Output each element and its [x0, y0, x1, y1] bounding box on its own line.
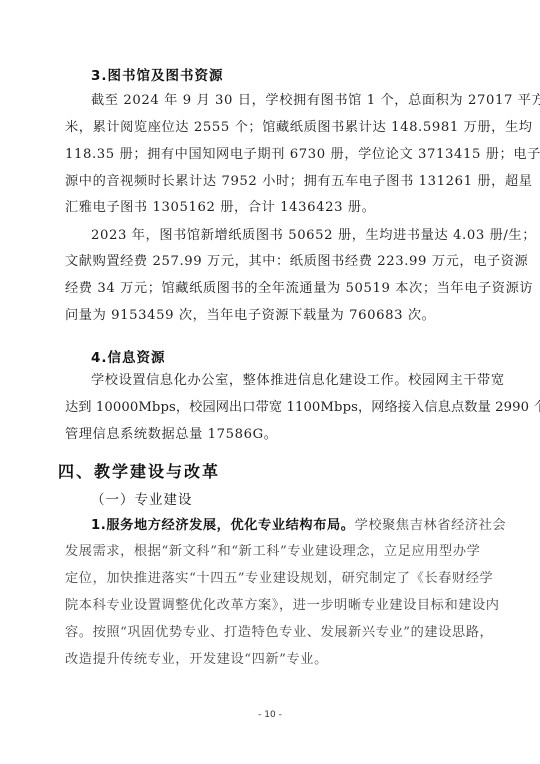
paragraph-line: 发展需求，根据“新文科”和“新工科”专业建设理念，立足应用型办学	[65, 543, 475, 561]
paragraph-line: 2023 年，图书馆新增纸质图书 50652 册，生均进书量达 4.03 册/生…	[91, 227, 475, 245]
paragraph-line: 学校设置信息化办公室，整体推进信息化建设工作。校园网主干带宽	[91, 372, 475, 390]
paragraph-line: 文献购置经费 257.99 万元，其中：纸质图书经费 223.99 万元，电子资…	[65, 253, 475, 271]
paragraph-line: 截至 2024 年 9 月 30 日，学校拥有图书馆 1 个，总面积为 2701…	[91, 92, 475, 110]
paragraph-line-lead: 1.服务地方经济发展，优化专业结构布局。学校聚焦吉林省经济社会	[91, 517, 475, 535]
lead-bold-text: 1.服务地方经济发展，优化专业结构布局。	[91, 518, 355, 533]
paragraph-line: 管理信息系统数据总量 17586G。	[65, 426, 475, 444]
paragraph-line: 米，累计阅览座位达 2555 个；馆藏纸质图书累计达 148.5981 万册，生…	[65, 119, 475, 137]
paragraph-line: 院本科专业设置调整优化改革方案》，进一步明晰专业建设目标和建设内	[65, 597, 475, 615]
section-heading-library: 3.图书馆及图书资源	[91, 64, 224, 84]
paragraph-line: 经费 34 万元；馆藏纸质图书的全年流通量为 50519 本次；当年电子资源访	[65, 280, 475, 298]
lead-text: 学校聚焦吉林省经济社会	[355, 518, 507, 533]
paragraph-line: 118.35 册；拥有中国知网电子期刊 6730 册，学位论文 3713415 …	[65, 146, 475, 164]
paragraph-line: 源中的音视频时长累计达 7952 小时；拥有五车电子图书 131261 册，超星	[65, 173, 475, 191]
chapter-heading: 四、教学建设与改革	[58, 459, 220, 482]
page-number: - 10 -	[0, 710, 540, 720]
paragraph-line: 定位，加快推进落实“十四五”专业建设规划，研究制定了《长春财经学	[65, 570, 475, 588]
paragraph-line: 达到 10000Mbps，校园网出口带宽 1100Mbps，网络接入信息点数量 …	[65, 399, 475, 417]
subsection-heading: （一）专业建设	[91, 488, 193, 508]
paragraph-line: 改造提升传统专业，开发建设“四新”专业。	[65, 651, 475, 669]
paragraph-line: 汇雅电子图书 1305162 册，合计 1436423 册。	[65, 199, 475, 217]
paragraph-line: 容。按照“巩固优势专业、打造特色专业、发展新兴专业”的建设思路，	[65, 624, 475, 642]
section-heading-info: 4.信息资源	[91, 346, 166, 366]
paragraph-line: 问量为 9153459 次，当年电子资源下载量为 760683 次。	[65, 307, 475, 325]
